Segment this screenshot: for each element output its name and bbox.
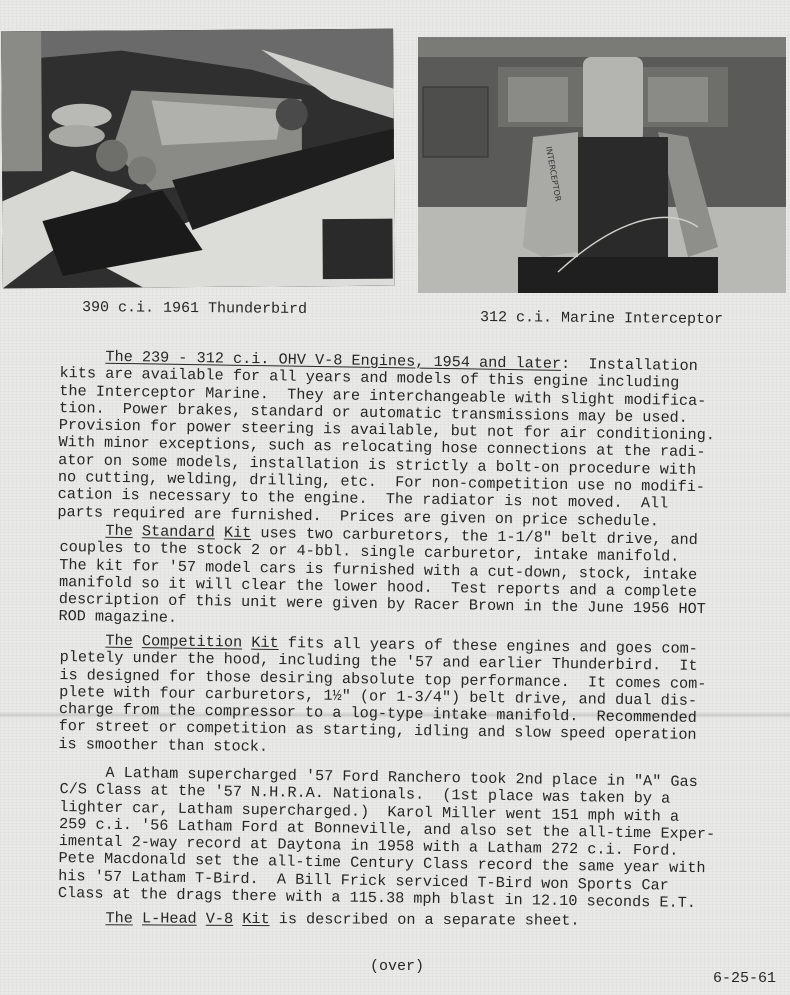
heading-word: Competition	[142, 632, 243, 651]
heading-word: Kit	[251, 634, 279, 652]
engine-bay-image	[1, 29, 395, 289]
photo-caption-right: 312 c.i. Marine Interceptor	[480, 309, 723, 328]
engine-photo-thunderbird	[1, 29, 395, 289]
paragraph-line: The L-Head V-8 Kit is described on a sep…	[60, 910, 750, 931]
heading-word: Kit	[224, 524, 252, 542]
heading-word: V-8	[206, 910, 233, 928]
engine-photo-marine-interceptor: INTERCEPTOR	[418, 37, 786, 293]
document-date: 6-25-61	[713, 970, 776, 987]
marine-engine-image: INTERCEPTOR	[418, 37, 786, 293]
photo-caption-left: 390 c.i. 1961 Thunderbird	[82, 299, 307, 318]
page-turn-note: (over)	[370, 958, 424, 975]
section-racing-records: A Latham supercharged '57 Ford Ranchero …	[58, 764, 750, 913]
paper-fold-crease	[0, 712, 790, 718]
heading-word: The	[105, 522, 133, 540]
section-l-head-kit: The L-Head V-8 Kit is described on a sep…	[60, 910, 750, 931]
heading-word: The	[105, 632, 133, 650]
section-ohv-v8-engines: The 239 - 312 c.i. OHV V-8 Engines, 1954…	[57, 348, 750, 532]
heading-word: The	[105, 909, 132, 927]
heading-word: Kit	[242, 910, 269, 928]
section-standard-kit: The Standard Kit uses two carburetors, t…	[58, 522, 750, 637]
heading-word: Standard	[142, 522, 215, 541]
heading-word: L-Head	[142, 909, 197, 927]
section-competition-kit: The Competition Kit fits all years of th…	[58, 632, 750, 763]
